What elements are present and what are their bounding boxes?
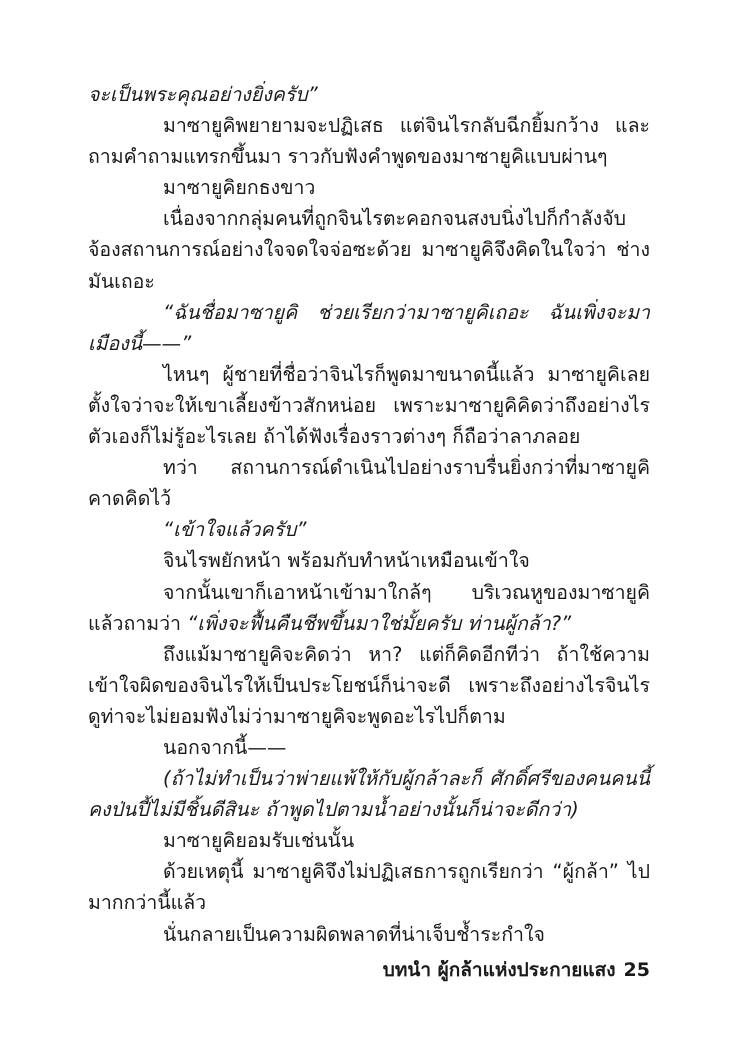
paragraph-10: จากนั้นเขาก็เอาหน้าเข้ามาใกล้ๆ บริเวณหูข… — [88, 577, 650, 639]
running-title: บทนำ ผู้กล้าแห่งประกายแสง — [383, 959, 616, 981]
paragraph-16: นั่นกลายเป็นความผิดพลาดที่น่าเจ็บช้ำระกำ… — [88, 919, 650, 950]
paragraph-14: มาซายูคิยอมรับเช่นนั้น — [88, 825, 650, 856]
paragraph-3: มาซายูคิยกธงขาว — [88, 172, 650, 203]
paragraph-9: จินไรพยักหน้า พร้อมกับทำหน้าเหมือนเข้าใจ — [88, 545, 650, 576]
paragraph-13-thought: (ถ้าไม่ทำเป็นว่าพ่ายแพ้ให้กับผู้กล้าละก็… — [88, 763, 650, 825]
page-number: 25 — [624, 959, 650, 981]
book-page-body: จะเป็นพระคุณอย่างยิ่งครับ” มาซายูคิพยายา… — [88, 79, 650, 950]
paragraph-2: มาซายูคิพยายามจะปฏิเสธ แต่จินไรกลับฉีกยิ… — [88, 110, 650, 172]
paragraph-11: ถึงแม้มาซายูคิจะคิดว่า หา? แต่ก็คิดอีกที… — [88, 639, 650, 732]
paragraph-15: ด้วยเหตุนี้ มาซายูคิจึงไม่ปฏิเสธการถูกเร… — [88, 856, 650, 918]
paragraph-12: นอกจากนี้—— — [88, 732, 650, 763]
paragraph-5-dialogue: “ฉันชื่อมาซายูคิ ช่วยเรียกว่ามาซายูคิเถอ… — [88, 297, 650, 359]
paragraph-8-dialogue: “เข้าใจแล้วครับ” — [88, 514, 650, 545]
paragraph-6: ไหนๆ ผู้ชายที่ชื่อว่าจินไรก็พูดมาขนาดนี้… — [88, 359, 650, 452]
paragraph-4: เนื่องจากกลุ่มคนที่ถูกจินไรตะคอกจนสงบนิ่… — [88, 203, 650, 296]
paragraph-7: ทว่า สถานการณ์ดำเนินไปอย่างราบรื่นยิ่งกว… — [88, 452, 650, 514]
paragraph-10-dialogue: “เพิ่งจะฟื้นคืนชีพขึ้นมาใช่มั้ยครับ ท่าน… — [187, 612, 571, 635]
page-footer: บทนำ ผู้กล้าแห่งประกายแสง25 — [383, 955, 650, 985]
paragraph-1: จะเป็นพระคุณอย่างยิ่งครับ” — [88, 79, 650, 110]
